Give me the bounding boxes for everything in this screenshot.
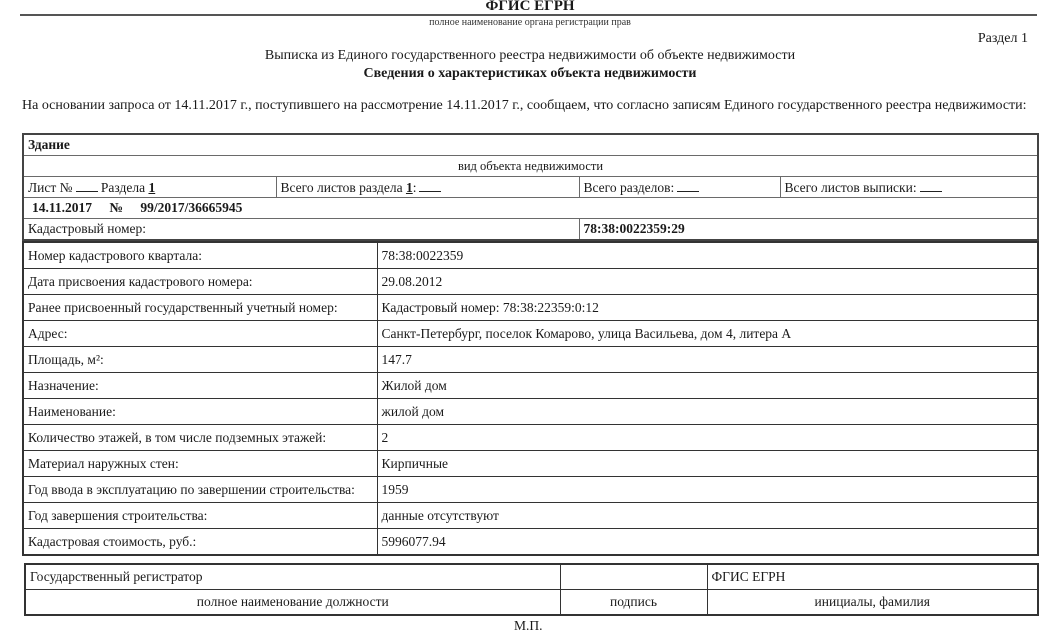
characteristic-label: Год завершения строительства: [23, 503, 377, 529]
characteristic-label: Кадастровая стоимость, руб.: [23, 529, 377, 556]
total-sections-label: Всего разделов: [584, 180, 675, 195]
cadastral-number-value: 78:38:0022359:29 [579, 219, 1038, 241]
total-sheets-section-suffix: : [413, 180, 417, 195]
number-sign: № [109, 200, 123, 215]
characteristic-value: Кирпичные [377, 451, 1038, 477]
name-caption: инициалы, фамилия [707, 590, 1038, 616]
record-number: 99/2017/36665945 [140, 200, 242, 215]
characteristic-value: жилой дом [377, 399, 1038, 425]
characteristic-label: Ранее присвоенный государственный учетны… [23, 295, 377, 321]
characteristic-label: Год ввода в эксплуатацию по завершении с… [23, 477, 377, 503]
intro-paragraph: На основании запроса от 14.11.2017 г., п… [22, 97, 1032, 115]
characteristic-label: Дата присвоения кадастрового номера: [23, 269, 377, 295]
characteristic-value: 147.7 [377, 347, 1038, 373]
characteristic-value: Жилой дом [377, 373, 1038, 399]
characteristic-row: Количество этажей, в том числе подземных… [23, 425, 1038, 451]
characteristic-value: Санкт-Петербург, поселок Комарово, улица… [377, 321, 1038, 347]
stamp-place: М.П. [514, 618, 543, 634]
object-type-caption: вид объекта недвижимости [23, 156, 1038, 177]
characteristic-row: Год завершения строительства:данные отсу… [23, 503, 1038, 529]
signature-caption: подпись [560, 590, 707, 616]
object-type: Здание [23, 134, 1038, 156]
signature-table: Государственный регистратор ФГИС ЕГРН по… [24, 563, 1039, 616]
org-name: ФГИС ЕГРН [0, 0, 1060, 15]
characteristic-label: Площадь, м²: [23, 347, 377, 373]
characteristic-value: 29.08.2012 [377, 269, 1038, 295]
characteristic-value: 2 [377, 425, 1038, 451]
total-sheets-extract-blank [920, 179, 942, 192]
registrar-signature [560, 564, 707, 590]
characteristic-value: 5996077.94 [377, 529, 1038, 556]
section-label: Раздел 1 [978, 31, 1028, 47]
characteristic-row: Номер кадастрового квартала:78:38:002235… [23, 242, 1038, 269]
characteristic-label: Номер кадастрового квартала: [23, 242, 377, 269]
characteristics-table: Номер кадастрового квартала:78:38:002235… [22, 241, 1039, 556]
total-sheets-section-label: Всего листов раздела [281, 180, 403, 195]
total-sheets-section-number: 1 [406, 180, 413, 195]
registrar-name: ФГИС ЕГРН [707, 564, 1038, 590]
characteristic-row: Наименование:жилой дом [23, 399, 1038, 425]
cadastral-number-label: Кадастровый номер: [23, 219, 579, 241]
document-title: Выписка из Единого государственного реес… [0, 47, 1060, 64]
section-prefix: Раздела [101, 180, 145, 195]
characteristic-label: Материал наружных стен: [23, 451, 377, 477]
total-sections-blank [677, 179, 699, 192]
characteristic-row: Материал наружных стен:Кирпичные [23, 451, 1038, 477]
characteristic-value: данные отсутствуют [377, 503, 1038, 529]
org-caption: полное наименование органа регистрации п… [0, 16, 1060, 29]
total-sheets-extract-cell: Всего листов выписки: [780, 177, 1038, 198]
characteristic-row: Кадастровая стоимость, руб.:5996077.94 [23, 529, 1038, 556]
characteristic-row: Адрес:Санкт-Петербург, поселок Комарово,… [23, 321, 1038, 347]
characteristic-row: Год ввода в эксплуатацию по завершении с… [23, 477, 1038, 503]
sheet-blank [76, 179, 98, 192]
characteristic-row: Дата присвоения кадастрового номера:29.0… [23, 269, 1038, 295]
total-sheets-section-cell: Всего листов раздела 1: [276, 177, 579, 198]
registrar-position: Государственный регистратор [25, 564, 560, 590]
characteristic-row: Назначение:Жилой дом [23, 373, 1038, 399]
characteristic-label: Адрес: [23, 321, 377, 347]
document-subtitle: Сведения о характеристиках объекта недви… [0, 65, 1060, 82]
position-caption: полное наименование должности [25, 590, 560, 616]
total-sheets-extract-label: Всего листов выписки: [785, 180, 917, 195]
characteristic-label: Наименование: [23, 399, 377, 425]
object-header-table: Здание вид объекта недвижимости Лист № Р… [22, 133, 1039, 241]
characteristic-value: 78:38:0022359 [377, 242, 1038, 269]
characteristic-label: Количество этажей, в том числе подземных… [23, 425, 377, 451]
total-sections-cell: Всего разделов: [579, 177, 780, 198]
characteristic-label: Назначение: [23, 373, 377, 399]
total-sheets-section-blank [419, 179, 441, 192]
sheet-label: Лист № [28, 180, 73, 195]
section-number: 1 [148, 180, 155, 195]
characteristic-value: Кадастровый номер: 78:38:22359:0:12 [377, 295, 1038, 321]
sheet-number-cell: Лист № Раздела 1 [23, 177, 276, 198]
characteristic-value: 1959 [377, 477, 1038, 503]
characteristic-row: Площадь, м²:147.7 [23, 347, 1038, 373]
record-date: 14.11.2017 [32, 200, 92, 215]
characteristic-row: Ранее присвоенный государственный учетны… [23, 295, 1038, 321]
record-info: 14.11.2017 № 99/2017/36665945 [23, 198, 1038, 219]
